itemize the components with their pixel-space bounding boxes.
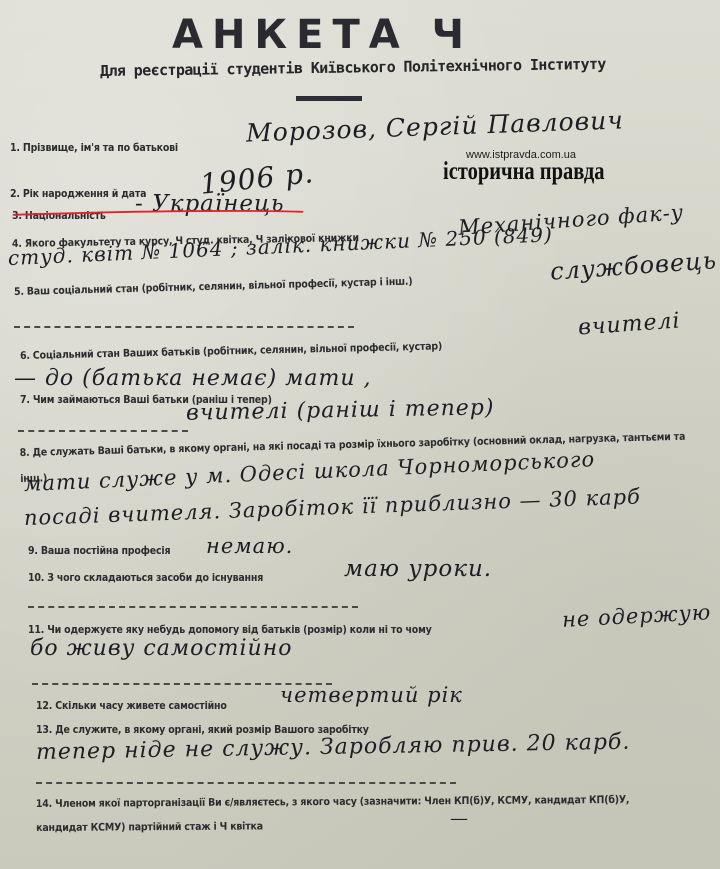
- question-9-label: 9. Ваша постійна професія: [28, 545, 170, 557]
- question-12-label: 12. Скільки часу живете самостійно: [36, 700, 227, 712]
- answer-5-blank-line: [14, 326, 354, 328]
- question-2-label: 2. Рік народження й дата: [10, 188, 146, 200]
- answer-13-blank-line: [36, 782, 456, 784]
- red-highlight-underline: [12, 210, 304, 216]
- answer-11-reason: бо живу самостійно: [30, 636, 292, 661]
- answer-7-blank-line: [18, 430, 188, 432]
- answer-10-blank-line: [28, 606, 358, 608]
- watermark-name: історична правда: [443, 158, 604, 186]
- question-14-label: 14. Членом якої парторганізації Ви є/явл…: [36, 788, 676, 840]
- answer-9-profession: немаю.: [206, 534, 293, 558]
- question-11-label: 11. Чи одержуєте яку небудь допомогу від…: [28, 624, 432, 636]
- title-underline: [296, 96, 362, 101]
- answer-6-parents-detail: — до (батька немає) мати ,: [14, 366, 372, 391]
- question-1-label: 1. Прізвище, ім'я та по батькові: [10, 142, 178, 154]
- form-title: АНКЕТА Ч: [172, 12, 473, 58]
- answer-10-means: маю уроки.: [344, 556, 492, 582]
- answer-14-party: —: [450, 808, 469, 829]
- question-10-label: 10. З чого складаються засоби до існуван…: [28, 572, 263, 584]
- answer-12-duration: четвертий рік: [280, 683, 463, 707]
